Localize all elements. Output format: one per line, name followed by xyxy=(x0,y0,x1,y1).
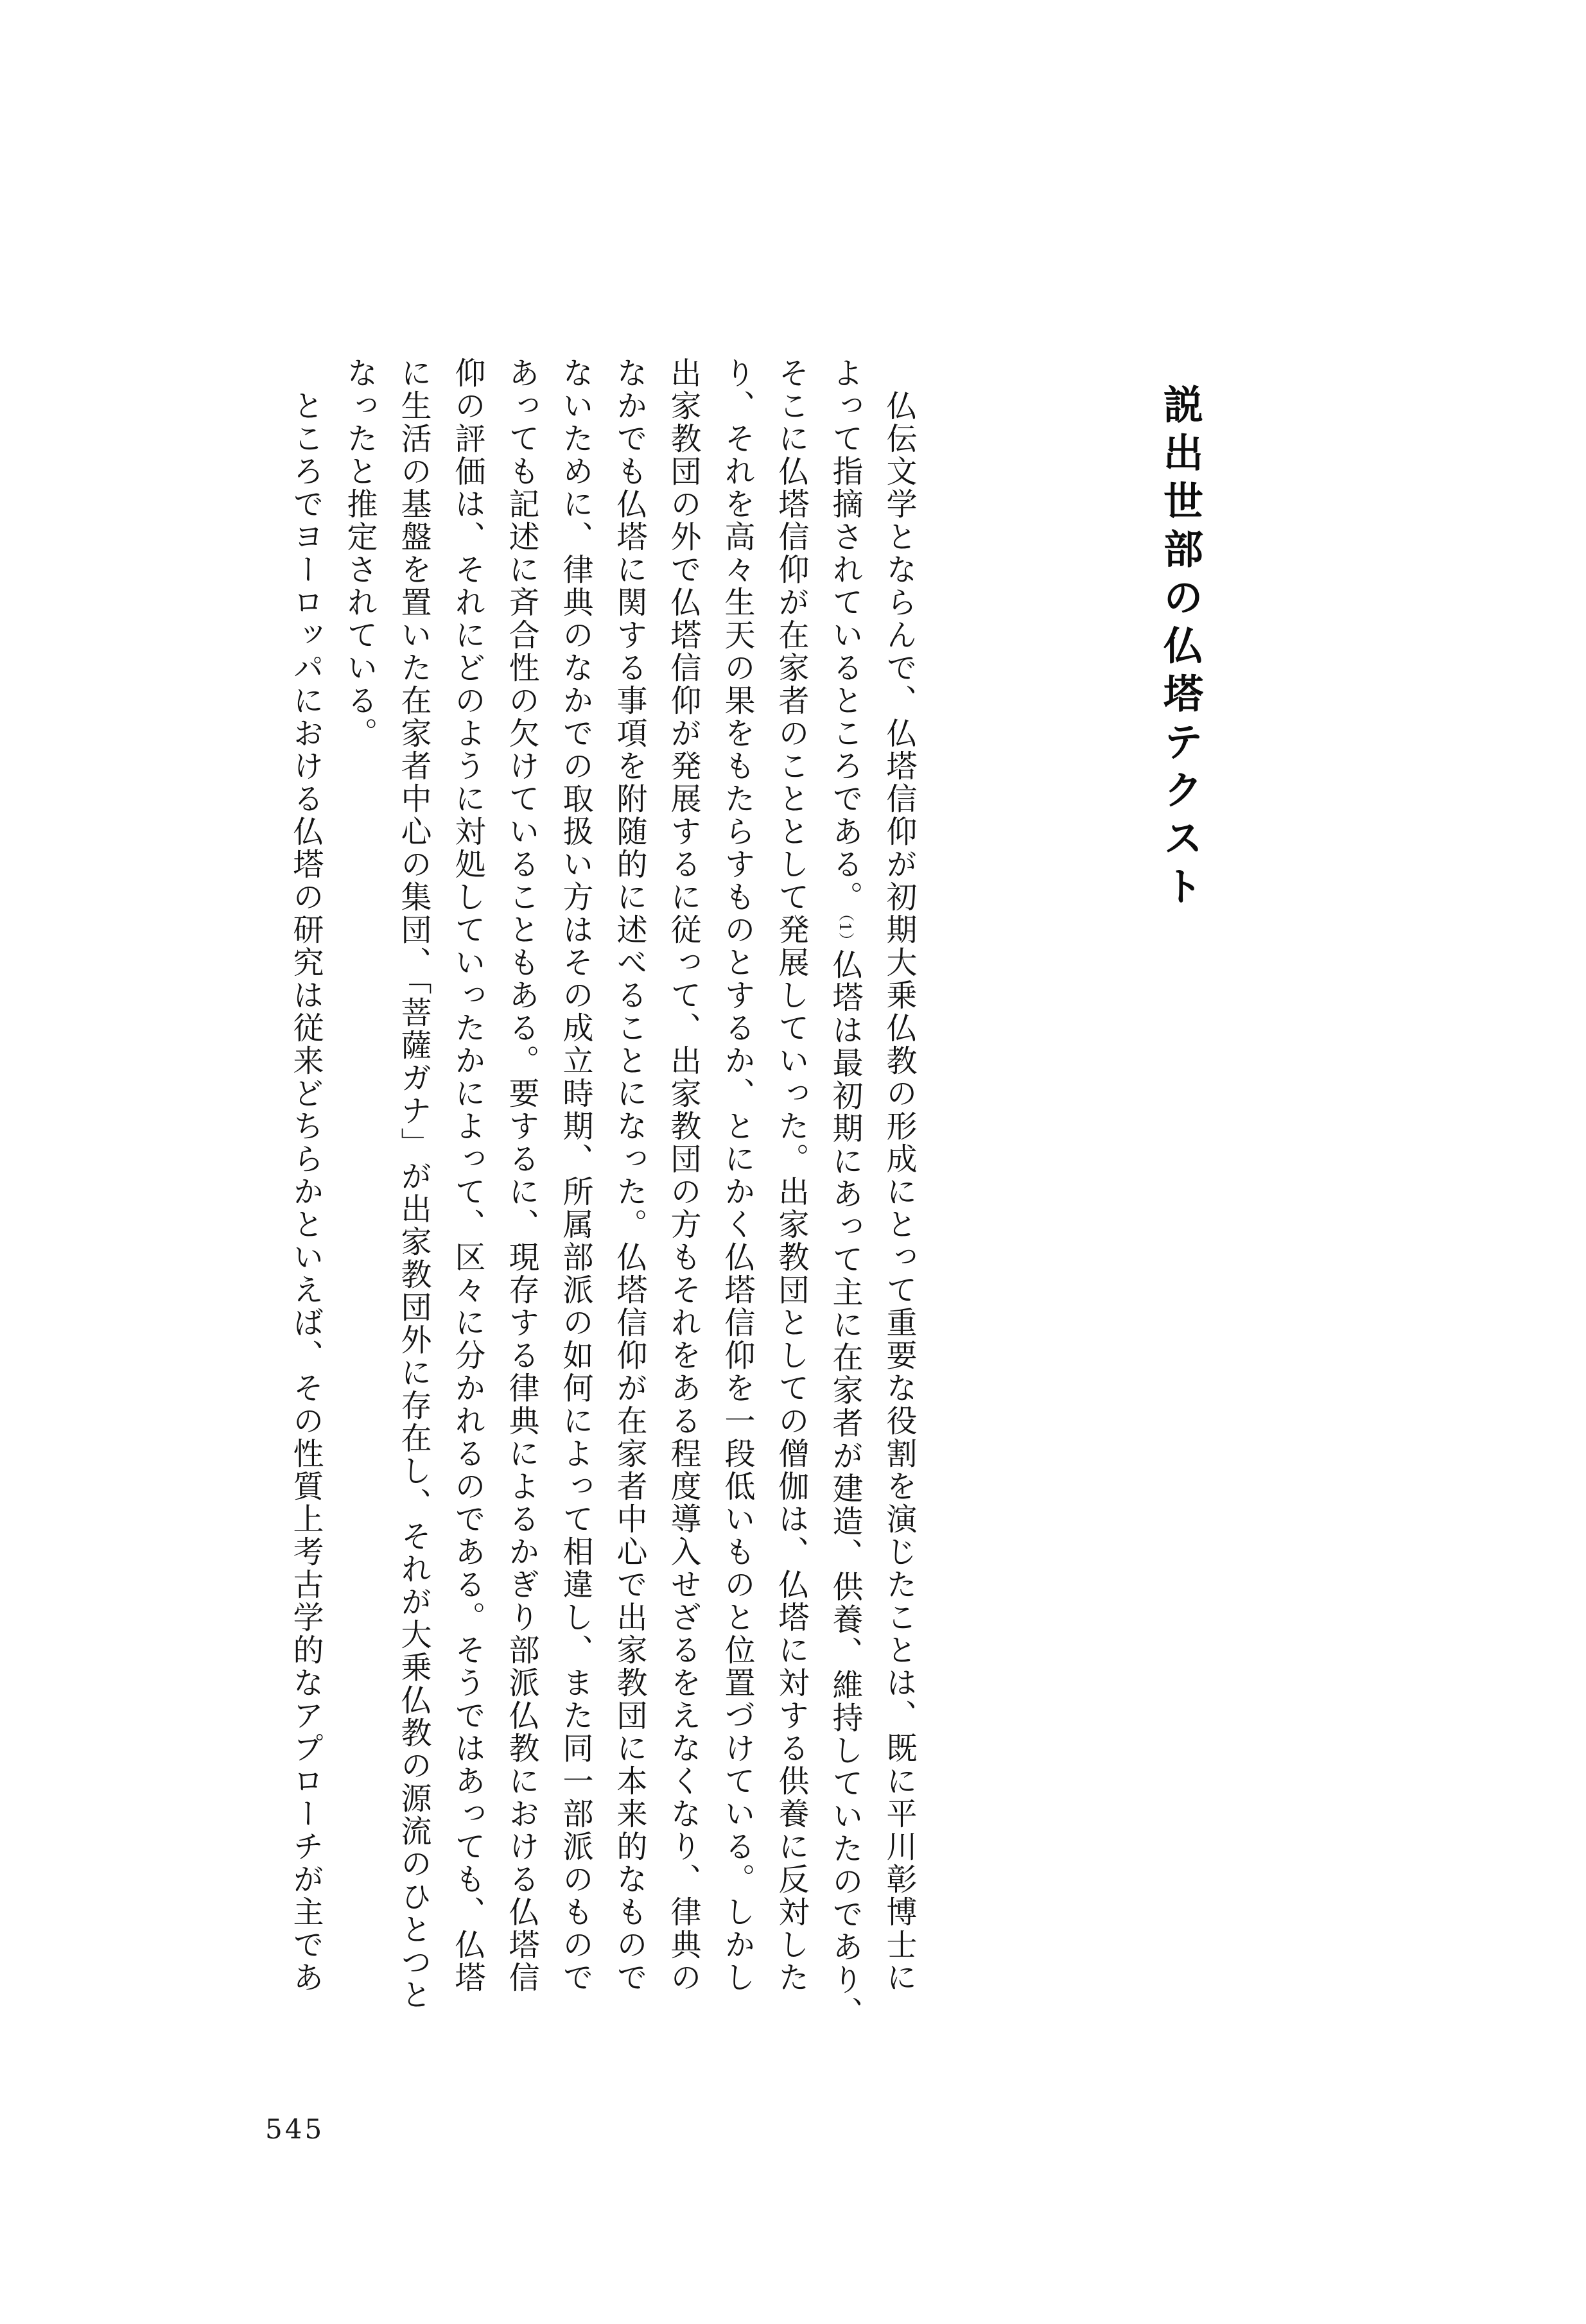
text-column: 出家教団の外で仏塔信仰が発展するに従って、出家教団の方もそれをある程度導入せざる… xyxy=(656,357,710,2000)
text-segment: に生活の基盤を置いた在家者中心の集団、「菩薩ガナ」が出家教団外に存在し、それが大… xyxy=(396,357,431,2011)
text-column: に生活の基盤を置いた在家者中心の集団、「菩薩ガナ」が出家教団外に存在し、それが大… xyxy=(387,357,440,2000)
text-segment: 仰の評価は、それにどのように対処していったかによって、区々に分かれるのである。そ… xyxy=(449,357,485,1994)
text-segment: 仏伝文学とならんで、仏塔信仰が初期大乗仏教の形成にとって重要な役割を演じたことは… xyxy=(881,390,917,1994)
text-column: 仏伝文学とならんで、仏塔信仰が初期大乗仏教の形成にとって重要な役割を演じたことは… xyxy=(872,357,926,2000)
text-column: そこに仏塔信仰が在家者のこととして発展していった。出家教団としての僧伽は、仏塔に… xyxy=(764,357,818,2000)
text-segment: あっても記述に斉合性の欠けていることもある。要するに、現存する律典によるかぎり部… xyxy=(503,357,539,1994)
text-column: あっても記述に斉合性の欠けていることもある。要するに、現存する律典によるかぎり部… xyxy=(494,357,548,2000)
text-segment: よって指摘されているところである。 xyxy=(827,357,863,914)
text-column: 仰の評価は、それにどのように対処していったかによって、区々に分かれるのである。そ… xyxy=(440,357,494,2000)
text-segment: 出家教団の外で仏塔信仰が発展するに従って、出家教団の方もそれをある程度導入せざる… xyxy=(665,357,701,1994)
text-segment: ところでヨーロッパにおける仏塔の研究は従来どちらかといえば、その性質上考古学的な… xyxy=(288,390,324,1994)
text-column: ところでヨーロッパにおける仏塔の研究は従来どちらかといえば、その性質上考古学的な… xyxy=(279,357,333,2000)
text-segment: そこに仏塔信仰が在家者のこととして発展していった。出家教団としての僧伽は、仏塔に… xyxy=(773,357,809,1994)
text-segment: 仏塔は最初期にあって主に在家者が建造、供養、維持していたのであり、 xyxy=(827,948,863,2029)
book-page: 説出世部の仏塔テクスト 仏伝文学とならんで、仏塔信仰が初期大乗仏教の形成にとって… xyxy=(0,0,1586,2324)
text-segment: なったと推定されている。 xyxy=(342,357,378,750)
page-body-text: 仏伝文学とならんで、仏塔信仰が初期大乗仏教の形成にとって重要な役割を演じたことは… xyxy=(277,357,926,2000)
text-segment: り、それを高々生天の果をもたらすものとするか、とにかく仏塔信仰を一段低いものと位… xyxy=(719,357,755,1994)
text-column: なかでも仏塔に関する事項を附随的に述べることになった。仏塔信仰が在家者中心で出家… xyxy=(602,357,656,2000)
text-segment: ないために、律典のなかでの取扱い方はその成立時期、所属部派の如何によって相違し、… xyxy=(557,357,593,1994)
page-title: 説出世部の仏塔テクスト xyxy=(1152,384,1209,936)
text-column: なったと推定されている。 xyxy=(333,357,387,2000)
text-column: よって指摘されているところである。（1）仏塔は最初期にあって主に在家者が建造、供… xyxy=(818,357,872,2000)
footnote-marker: （1） xyxy=(836,914,854,948)
page-number: 545 xyxy=(265,2113,324,2145)
text-segment: なかでも仏塔に関する事項を附随的に述べることになった。仏塔信仰が在家者中心で出家… xyxy=(611,357,647,1994)
text-column: ないために、律典のなかでの取扱い方はその成立時期、所属部派の如何によって相違し、… xyxy=(548,357,602,2000)
text-column: り、それを高々生天の果をもたらすものとするか、とにかく仏塔信仰を一段低いものと位… xyxy=(710,357,764,2000)
